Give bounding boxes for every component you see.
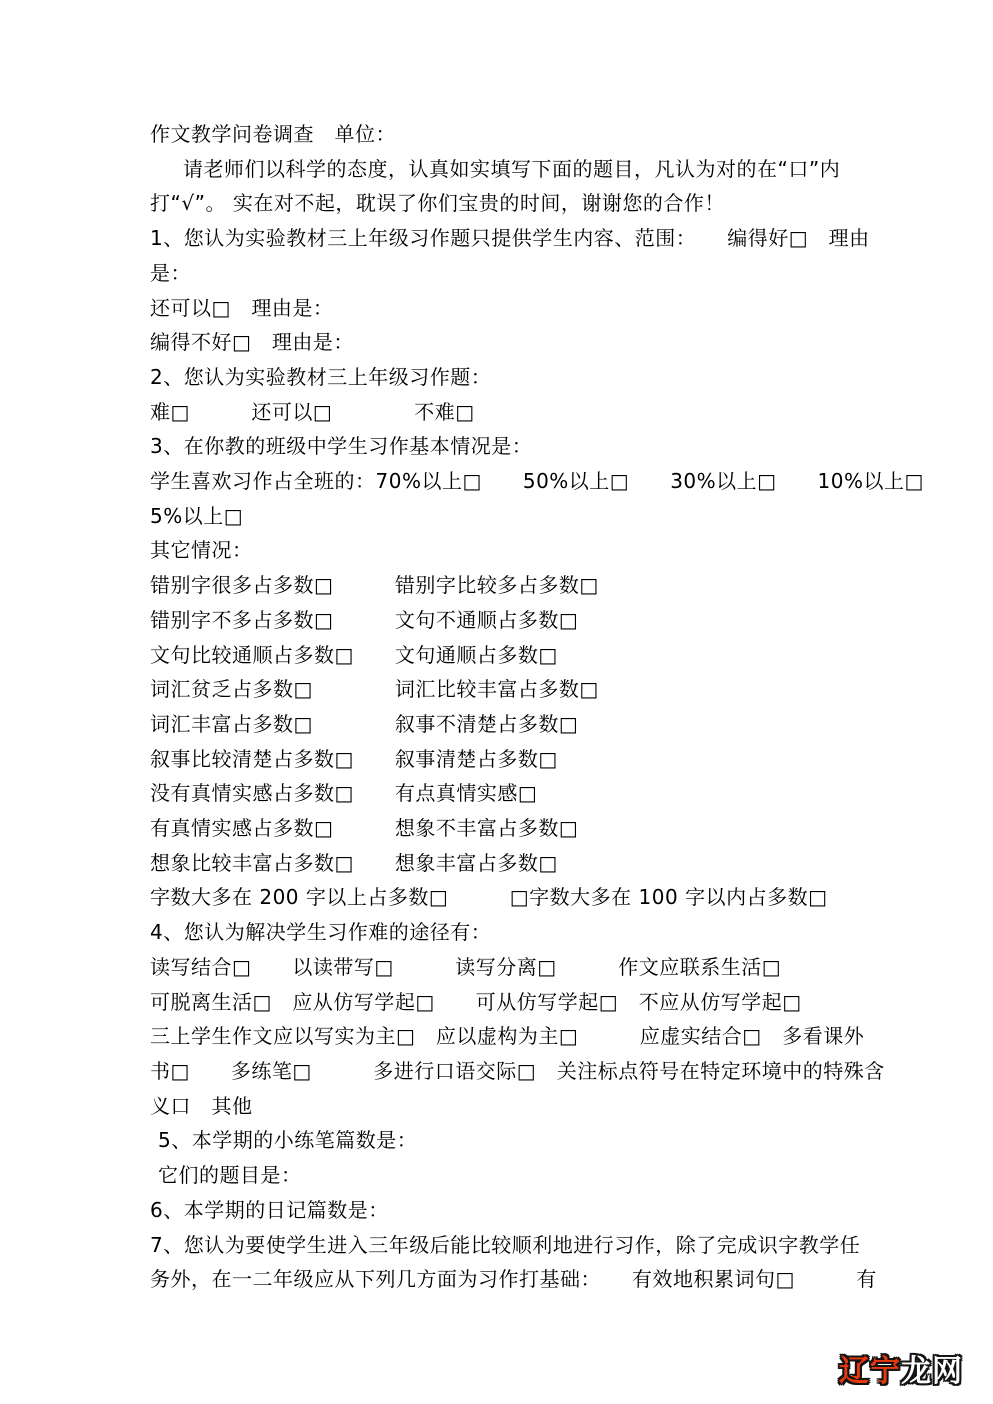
- watermark-text-red: 辽宁: [839, 1354, 901, 1389]
- doc-line: 字数大多在 200 字以上占多数□ □字数大多在 100 字以内占多数□: [150, 880, 860, 915]
- doc-line: 难□ 还可以□ 不难□: [150, 395, 860, 430]
- doc-line: 学生喜欢习作占全班的：70%以上□ 50%以上□ 30%以上□ 10%以上□: [150, 464, 860, 499]
- doc-line-question-2: 2、您认为实验教材三上年级习作题：: [150, 360, 860, 395]
- doc-line: 有真情实感占多数□ 想象不丰富占多数□: [150, 811, 860, 846]
- questionnaire-document-page: 作文教学问卷调查 单位： 请老师们以科学的态度，认真如实填写下面的题目，凡认为对…: [0, 0, 993, 1404]
- site-watermark-logo: 辽宁龙网: [839, 1346, 963, 1390]
- doc-title-line: 作文教学问卷调查 单位：: [150, 117, 860, 152]
- doc-line: 读写结合□ 以读带写□ 读写分离□ 作文应联系生活□: [150, 950, 860, 985]
- doc-line: 错别字很多占多数□ 错别字比较多占多数□: [150, 568, 860, 603]
- doc-line: 其它情况：: [150, 533, 860, 568]
- doc-line: 编得不好□ 理由是：: [150, 325, 860, 360]
- doc-line: 叙事比较清楚占多数□ 叙事清楚占多数□: [150, 742, 860, 777]
- doc-line: 5%以上□: [150, 499, 860, 534]
- doc-line: 三上学生作文应以写实为主□ 应以虚构为主□ 应虚实结合□ 多看课外: [150, 1019, 860, 1054]
- doc-line: 还可以□ 理由是：: [150, 291, 860, 326]
- doc-line: 词汇贫乏占多数□ 词汇比较丰富占多数□: [150, 672, 860, 707]
- watermark-text-white: 龙网: [901, 1354, 963, 1389]
- doc-line-question-7: 7、您认为要使学生进入三年级后能比较顺利地进行习作，除了完成识字教学任: [150, 1228, 860, 1263]
- doc-line: 想象比较丰富占多数□ 想象丰富占多数□: [150, 846, 860, 881]
- doc-line: 务外，在一二年级应从下列几方面为习作打基础： 有效地积累词句□ 有: [150, 1262, 860, 1297]
- document-text-block: 作文教学问卷调查 单位： 请老师们以科学的态度，认真如实填写下面的题目，凡认为对…: [150, 117, 860, 1297]
- doc-line: 词汇丰富占多数□ 叙事不清楚占多数□: [150, 707, 860, 742]
- doc-line-question-3: 3、在你教的班级中学生习作基本情况是：: [150, 429, 860, 464]
- doc-line: 可脱离生活□ 应从仿写学起□ 可从仿写学起□ 不应从仿写学起□: [150, 985, 860, 1020]
- doc-line: 是：: [150, 256, 860, 291]
- doc-line-question-5: 5、本学期的小练笔篇数是：: [150, 1123, 860, 1158]
- doc-line-question-4: 4、您认为解决学生习作难的途径有：: [150, 915, 860, 950]
- doc-line: 没有真情实感占多数□ 有点真情实感□: [150, 776, 860, 811]
- doc-line: 义口 其他: [150, 1089, 860, 1124]
- doc-line-question-6: 6、本学期的日记篇数是：: [150, 1193, 860, 1228]
- doc-line: 书□ 多练笔□ 多进行口语交际□ 关注标点符号在特定环境中的特殊含: [150, 1054, 860, 1089]
- doc-line: 它们的题目是：: [150, 1158, 860, 1193]
- doc-line: 文句比较通顺占多数□ 文句通顺占多数□: [150, 638, 860, 673]
- doc-line: 请老师们以科学的态度，认真如实填写下面的题目，凡认为对的在“口”内: [150, 152, 860, 187]
- doc-line-question-1: 1、您认为实验教材三上年级习作题只提供学生内容、范围： 编得好□ 理由: [150, 221, 860, 256]
- doc-line: 打“√”。 实在对不起，耽误了你们宝贵的时间，谢谢您的合作！: [150, 186, 860, 221]
- doc-line: 错别字不多占多数□ 文句不通顺占多数□: [150, 603, 860, 638]
